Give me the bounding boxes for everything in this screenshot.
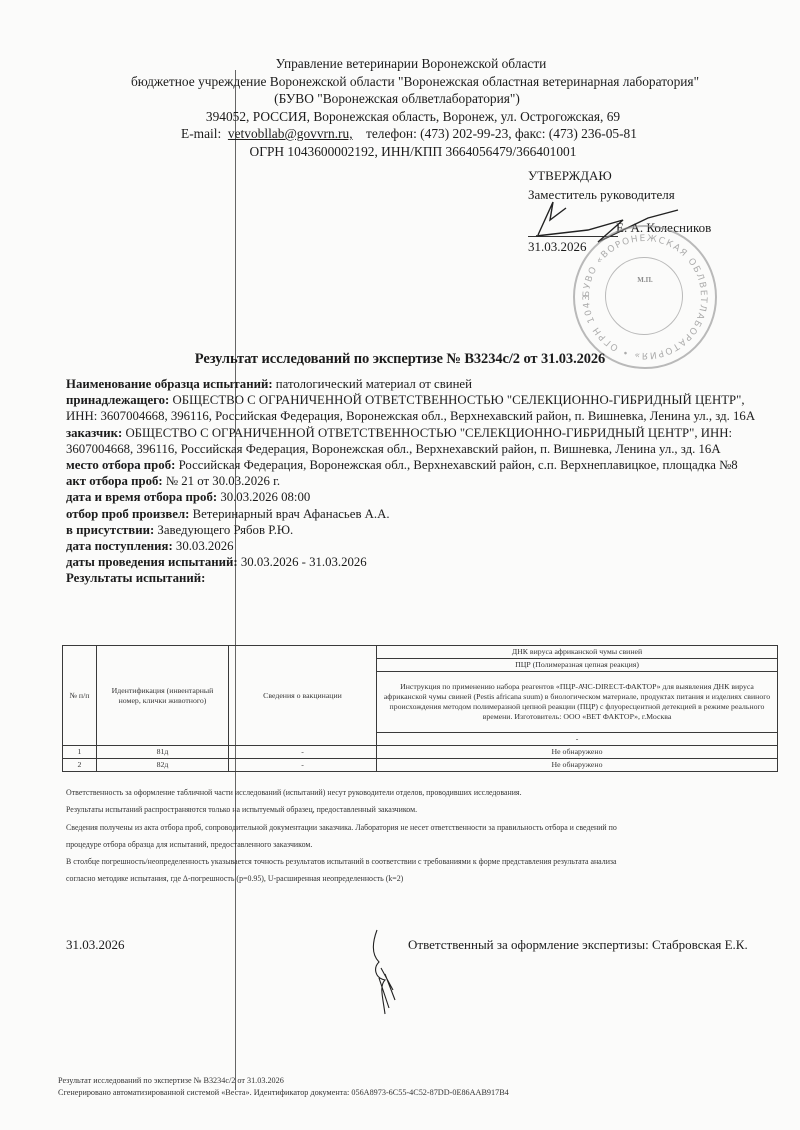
note: Результаты испытаний распространяются то… (66, 801, 780, 818)
letterhead: Управление ветеринарии Воронежской облас… (0, 55, 800, 160)
col-header-method: ПЦР (Полимеразная цепная реакция) (377, 659, 778, 672)
phones: телефон: (473) 202-99-23, факс: (473) 23… (366, 126, 637, 141)
field-sample-name: Наименование образца испытаний: патологи… (66, 376, 778, 392)
disclaimer-notes: Ответственность за оформление табличной … (66, 784, 780, 888)
note: процедуре отбора образца для испытаний, … (66, 836, 780, 853)
field-sampling-datetime: дата и время отбора проб: 30.03.2026 08:… (66, 489, 778, 505)
field-receipt-date: дата поступления: 30.03.2026 (66, 538, 778, 554)
row-identification: 82д (97, 759, 229, 772)
institution-short-name: (БУВО "Воронежская облветлаборатория") (0, 90, 800, 108)
note: Сведения получены из акта отбора проб, с… (66, 819, 780, 836)
field-test-dates: даты проведения испытаний: 30.03.2026 - … (66, 554, 778, 570)
institution-name: бюджетное учреждение Воронежской области… (30, 73, 800, 91)
authority-name: Управление ветеринарии Воронежской облас… (22, 55, 800, 73)
email-label: E-mail: (181, 126, 221, 141)
responsible-person: Ответственный за оформление экспертизы: … (408, 937, 748, 953)
responsible-signature-icon (365, 928, 405, 1018)
field-owner: принадлежащего: ОБЩЕСТВО С ОГРАНИЧЕННОЙ … (66, 392, 778, 424)
row-vaccination: - (229, 759, 377, 772)
footer-generated-by: Сгенерировано автоматизированной системо… (58, 1087, 509, 1099)
note: В столбце погрешность/неопределенность у… (66, 853, 780, 870)
document-title: Результат исследований по экспертизе № В… (0, 351, 800, 368)
stamp-center-text: М.П. (575, 276, 715, 284)
row-identification: 81д (97, 746, 229, 759)
sample-details: Наименование образца испытаний: патологи… (66, 376, 778, 587)
row-number: 1 (63, 746, 97, 759)
note: согласно методике испытания, где Δ-погре… (66, 870, 780, 887)
table-row: 1 81д - Не обнаружено (63, 746, 778, 759)
field-in-presence: в присутствии: Заведующего Рябов Р.Ю. (66, 522, 778, 538)
address: 394052, РОССИЯ, Воронежская область, Вор… (26, 108, 800, 126)
row-vaccination: - (229, 746, 377, 759)
col-header-indicator: ДНК вируса африканской чумы свиней (377, 646, 778, 659)
approve-label: УТВЕРЖДАЮ (528, 166, 675, 185)
email-link[interactable]: vetvobllab@govvrn.ru, (228, 126, 353, 141)
col-header-instruction: Инструкция по применению набора реагенто… (377, 672, 778, 733)
row-number: 2 (63, 759, 97, 772)
contacts: E-mail: vetvobllab@govvrn.ru, телефон: (… (18, 125, 800, 143)
document-footer: Результат исследований по экспертизе № В… (58, 1075, 509, 1099)
field-customer: заказчик: ОБЩЕСТВО С ОГРАНИЧЕННОЙ ОТВЕТС… (66, 425, 778, 457)
field-sampled-by: отбор проб произвел: Ветеринарный врач А… (66, 506, 778, 522)
col-header-identification: Идентификация (инвентарный номер, клички… (97, 646, 229, 746)
col-header-vaccination: Сведения о вакцинации (229, 646, 377, 746)
results-heading: Результаты испытаний: (66, 570, 778, 586)
row-result: Не обнаружено (377, 746, 778, 759)
table-row: 2 82д - Не обнаружено (63, 759, 778, 772)
footer-reference: Результат исследований по экспертизе № В… (58, 1075, 509, 1087)
col-header-number: № п/п (63, 646, 97, 746)
stamp-inner-ring (605, 257, 683, 335)
col-header-units: - (377, 733, 778, 746)
results-table: № п/п Идентификация (инвентарный номер, … (62, 645, 778, 772)
issue-date: 31.03.2026 (66, 937, 125, 953)
official-stamp-icon: БУВО «ВОРОНЕЖСКАЯ ОБЛВЕТЛАБОРАТОРИЯ» • О… (573, 225, 717, 369)
row-result: Не обнаружено (377, 759, 778, 772)
note: Ответственность за оформление табличной … (66, 784, 780, 801)
field-sampling-act: акт отбора проб: № 21 от 30.03.2026 г. (66, 473, 778, 489)
field-sampling-place: место отбора проб: Российская Федерация,… (66, 457, 778, 473)
registration-numbers: ОГРН 1043600002192, ИНН/КПП 3664056479/3… (26, 143, 800, 161)
